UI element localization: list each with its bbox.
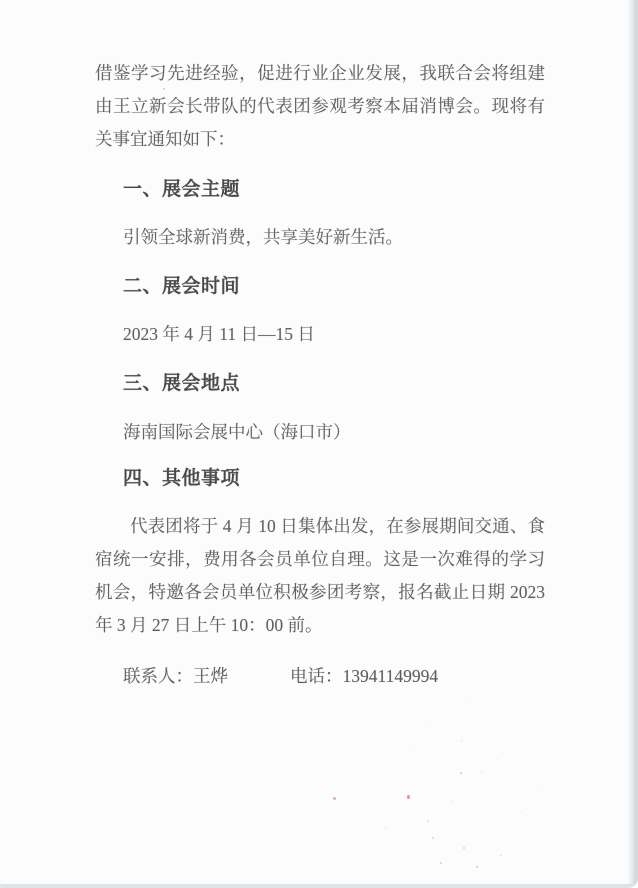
section-4-line: 宿统一安排，费用各会员单位自理。这是一次难得的学习	[95, 543, 545, 576]
page-edge-shadow	[627, 0, 635, 884]
section-4-heading: 四、其他事项	[123, 466, 240, 492]
section-3-heading: 三、展会地点	[123, 371, 240, 397]
intro-line: 关事宜通知如下：	[95, 123, 545, 156]
section-4-line: 机会，特邀各会员单位积极参团考察，报名截止日期 2023	[95, 576, 545, 609]
intro-line: 由王立新会长带队的代表团参观考察本届消博会。现将有	[95, 90, 545, 123]
section-2-body: 2023 年 4 月 11 日—15 日	[123, 321, 315, 347]
section-1-body: 引领全球新消费，共享美好新生活。	[123, 224, 403, 250]
section-1-heading: 一、展会主题	[123, 177, 240, 203]
section-4-line: 年 3 月 27 日上午 10：00 前。	[95, 609, 545, 642]
intro-line: 借鉴学习先进经验，促进行业企业发展，我联合会将组建	[95, 57, 545, 90]
section-4-line: 代表团将于 4 月 10 日集体出发，在参展期间交通、食	[95, 510, 545, 543]
section-4-paragraph: 代表团将于 4 月 10 日集体出发，在参展期间交通、食 宿统一安排，费用各会员…	[95, 510, 545, 642]
section-2-heading: 二、展会时间	[123, 274, 240, 300]
section-3-body: 海南国际会展中心（海口市）	[123, 419, 351, 445]
intro-paragraph: 借鉴学习先进经验，促进行业企业发展，我联合会将组建 由王立新会长带队的代表团参观…	[95, 57, 545, 156]
contact-line: 联系人：王烨电话：13941149994	[123, 660, 438, 693]
contact-person: 联系人：王烨	[123, 666, 228, 686]
contact-phone: 电话：13941149994	[290, 666, 438, 686]
scanned-page: 借鉴学习先进经验，促进行业企业发展，我联合会将组建 由王立新会长带队的代表团参观…	[0, 0, 638, 888]
